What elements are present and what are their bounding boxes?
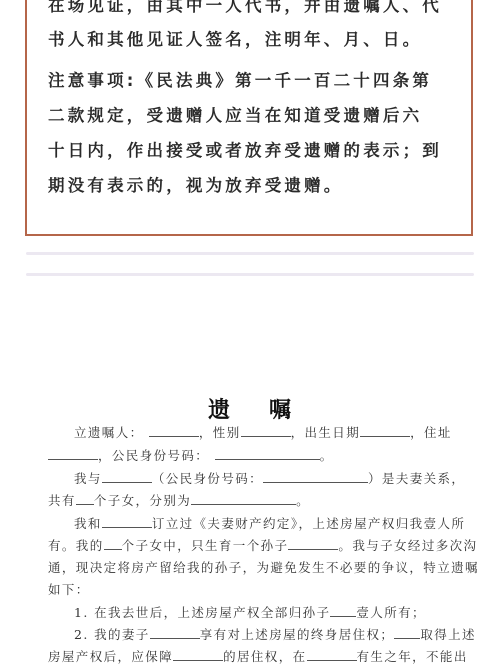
- blank-field: [263, 470, 368, 483]
- title-char: 嘱: [269, 397, 292, 423]
- blank-field: [307, 648, 357, 661]
- doc-text: 。: [320, 448, 334, 463]
- blank-field: [215, 447, 320, 460]
- notice-text-line: 期没有表示的，视为放弃受遗赠。: [48, 176, 468, 196]
- doc-line: 通，现决定将房产留给我的孙子，为避免发生不必要的争议，特立遗嘱: [48, 560, 458, 576]
- document-title: 遗嘱: [0, 393, 500, 424]
- blank-field: [191, 492, 296, 505]
- doc-text: 有生之年，不能出: [357, 649, 468, 664]
- blank-field: [76, 492, 94, 505]
- doc-text: 房屋产权后，应保障: [48, 649, 173, 664]
- doc-text: ，住址: [410, 425, 452, 440]
- doc-text: 享有对上述房屋的终身居住权；: [200, 627, 395, 642]
- blank-field: [150, 626, 200, 639]
- blank-field: [173, 648, 223, 661]
- blank-field: [104, 537, 122, 550]
- doc-text: ，出生日期: [291, 425, 361, 440]
- doc-text: 个子女中，只生育一个孙子: [122, 538, 289, 553]
- doc-text: 取得上述: [420, 627, 476, 642]
- doc-line: ，公民身份号码： 。: [48, 447, 458, 464]
- doc-text: 立遗嘱人：: [74, 425, 144, 440]
- doc-text: 订立过《夫妻财产约定》，上述房屋产权归我壹人所: [152, 516, 465, 531]
- notice-text-line: 书人和其他见证人签名，注明年、月、日。: [48, 30, 468, 50]
- notice-text-line: 在场见证，由其中一人代书，并由遗嘱人、代: [48, 0, 468, 16]
- doc-line: 立遗嘱人： ，性别，出生日期，住址: [74, 424, 484, 441]
- doc-line: 我和订立过《夫妻财产约定》，上述房屋产权归我壹人所: [74, 515, 484, 532]
- notice-text-line: 二款规定，受遗赠人应当在知道受遗赠后六: [48, 106, 468, 126]
- doc-line: 2. 我的妻子享有对上述房屋的终身居住权；取得上述: [74, 626, 484, 643]
- doc-text: 我与: [74, 471, 102, 486]
- doc-line: 如下：: [48, 582, 458, 598]
- blank-field: [48, 447, 98, 460]
- blank-field: [102, 515, 152, 528]
- doc-text: 有。我的: [48, 538, 104, 553]
- doc-text: ）是夫妻关系，: [368, 471, 465, 486]
- doc-text: 1. 在我去世后，上述房屋产权全部归孙子: [74, 605, 330, 620]
- doc-text: ，公民身份号码：: [98, 448, 209, 463]
- section-divider: [26, 273, 474, 276]
- notice-text-line: 注意事项:《民法典》第一千一百二十四条第: [48, 71, 468, 91]
- doc-line: 1. 在我去世后，上述房屋产权全部归孙子壹人所有；: [74, 604, 484, 621]
- doc-text: 个子女，分别为: [94, 493, 191, 508]
- blank-field: [102, 470, 152, 483]
- doc-line: 共有个子女，分别为。: [48, 492, 458, 509]
- title-char: 遗: [208, 397, 231, 423]
- doc-line: 房屋产权后，应保障的居住权，在有生之年，不能出: [48, 648, 458, 665]
- blank-field: [241, 424, 291, 437]
- doc-text: 。我与子女经过多次沟: [338, 538, 477, 553]
- blank-field: [149, 424, 199, 437]
- blank-field: [288, 537, 338, 550]
- doc-text: 我和: [74, 516, 102, 531]
- doc-text: ，性别: [199, 425, 241, 440]
- doc-text: 壹人所有；: [356, 605, 426, 620]
- doc-line: 我与（公民身份号码：）是夫妻关系，: [74, 470, 484, 487]
- doc-text: 2. 我的妻子: [74, 627, 150, 642]
- notice-text-line: 十日内，作出接受或者放弃受遗赠的表示；到: [48, 141, 468, 161]
- blank-field: [330, 604, 356, 617]
- blank-field: [360, 424, 410, 437]
- blank-field: [394, 626, 420, 639]
- doc-line: 有。我的个子女中，只生育一个孙子。我与子女经过多次沟: [48, 537, 458, 554]
- doc-text: （公民身份号码：: [152, 471, 263, 486]
- doc-text: 的居住权，在: [223, 649, 306, 664]
- doc-text: 共有: [48, 493, 76, 508]
- section-divider: [26, 252, 474, 255]
- doc-text: 。: [296, 493, 310, 508]
